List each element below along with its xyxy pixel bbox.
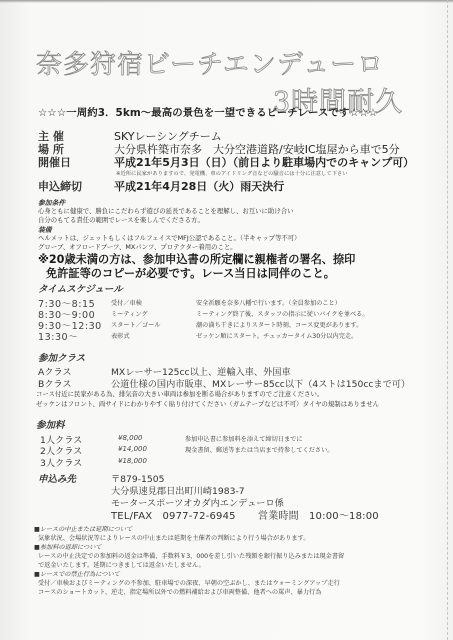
schedule-item: スタート／ゴール [111,320,160,329]
event-title: 奈多狩宿ビーチエンデューロ [36,44,384,81]
prohibited-body: コースのショートカット、逆走、指定場所以外での燃料補給および車両整備、他者への罵… [38,587,321,596]
class-desc: 公道仕様の国内市販車、MXレーサー85cc以下（4ストは150ccまで可） [111,376,410,390]
contact-heading: 申込み先 [38,471,76,485]
refund-body: で返金いたします。延期につきましては返金いたしません。 [38,560,205,569]
contact-tel: TEL/FAX 0977-72-6945 [111,507,236,522]
flyer-page: 奈多狩宿ビーチエンデューロ 3時間耐久 ☆☆☆一周約3．5km～最高の景色を一望… [0,0,453,640]
class-note: コース付近に民家がある為、排気音の大きい車両は参加を断る場合がありますのでご注意… [36,389,323,398]
schedule-item: 受付／車検 [111,298,142,307]
conditions-line: 心身ともに健康で、勝負にこだわらず遊びの延長であることを理解し、お互いに助け合い [38,206,294,215]
schedule-note: ミーティング終了後、スタッフの指示に従いバイクを並べる。 [196,309,369,318]
schedule-time: 13:30～ [38,329,78,343]
fee-price: ¥8,000 [118,434,143,442]
date-value: 平成21年5月3日（日）（前日より駐車場内でのキャンプ可） [114,154,414,170]
class-note: ゼッケンはフロント、両サイドにわかりやすく貼り付けてください（ガムテープなどは不… [36,399,379,408]
fee-class: 3人クラス [40,455,82,469]
cancel-heading: ■レースの中止または延期について [34,524,132,533]
schedule-note: ゼッケン順にスタート。チェッカータイム30分以内完走。 [196,331,357,340]
schedule-item: ミーティング [111,309,148,318]
fee-price: ¥14,000 [118,445,147,453]
fee-price: ¥18,000 [118,457,147,465]
conditions-line: 自分のもてる責任の範囲でレースを楽しんでくださる方。 [38,215,204,224]
class-name: Bクラス [38,376,72,390]
tagline: ☆☆☆一周約3．5km～最高の景色を一望できるビーチレースです☆☆☆ [38,104,378,119]
scan-edge-line [447,0,448,640]
minor-notice-line2: 免許証等のコピーが必要です。レース当日は同伴のこと。 [46,265,335,281]
schedule-item: 表彰式 [111,331,130,340]
equipment-line: ヘルメットは、ジェットもしくはフルフェイスでMFJ公認であること。（半キャップ等… [38,233,301,242]
deadline-label: 申込締切 [38,178,82,194]
deadline-value: 平成21年4月28日（火）雨天決行 [114,178,284,194]
prohibited-heading: ■レースでの禁止行為について [34,569,120,578]
schedule-note: 潮の満ち干きによりスタート時刻、コース変更があります。 [196,320,362,329]
date-label: 開催日 [38,154,71,170]
refund-heading: ■参加料の返却について [34,542,102,551]
fees-heading: 参加料 [36,417,65,431]
schedule-heading: タイムスケジュール [38,281,123,295]
schedule-note: 安全祈願を奈多八幡で行います。（全員参加のこと） [196,298,341,307]
equipment-line: グローブ、オフロードブーツ、MXパンツ、プロテクター着用のこと。 [38,242,237,251]
classes-heading: 参加クラス [38,350,85,364]
refund-body: レースの中止決定での参加料の返金は準備、手数料￥3，000を差し引いた残額を銀行… [38,551,344,560]
scan-top-shadow [0,0,453,3]
cancel-body: 気象状況、会場状況等によりレースの中止または延期を主催者の判断により行う場合があ… [38,533,309,542]
noise-note: ※近所に民家がありますので、発電機、車のアイドリング音などの騒音には十分に注意し… [116,169,348,177]
contact-hours: 営業時間 10:00～18:00 [258,507,379,522]
fee-note: 現金書留、郵送等または当店まで持参してください。 [185,445,334,454]
prohibited-body: 受付／車検およびミーティングの不参加、駐車場での深夜、早朝の空ぶかし、またはウォ… [38,578,340,587]
fee-note: 参加申込書に参加料を添えて締切日までに [185,434,303,443]
